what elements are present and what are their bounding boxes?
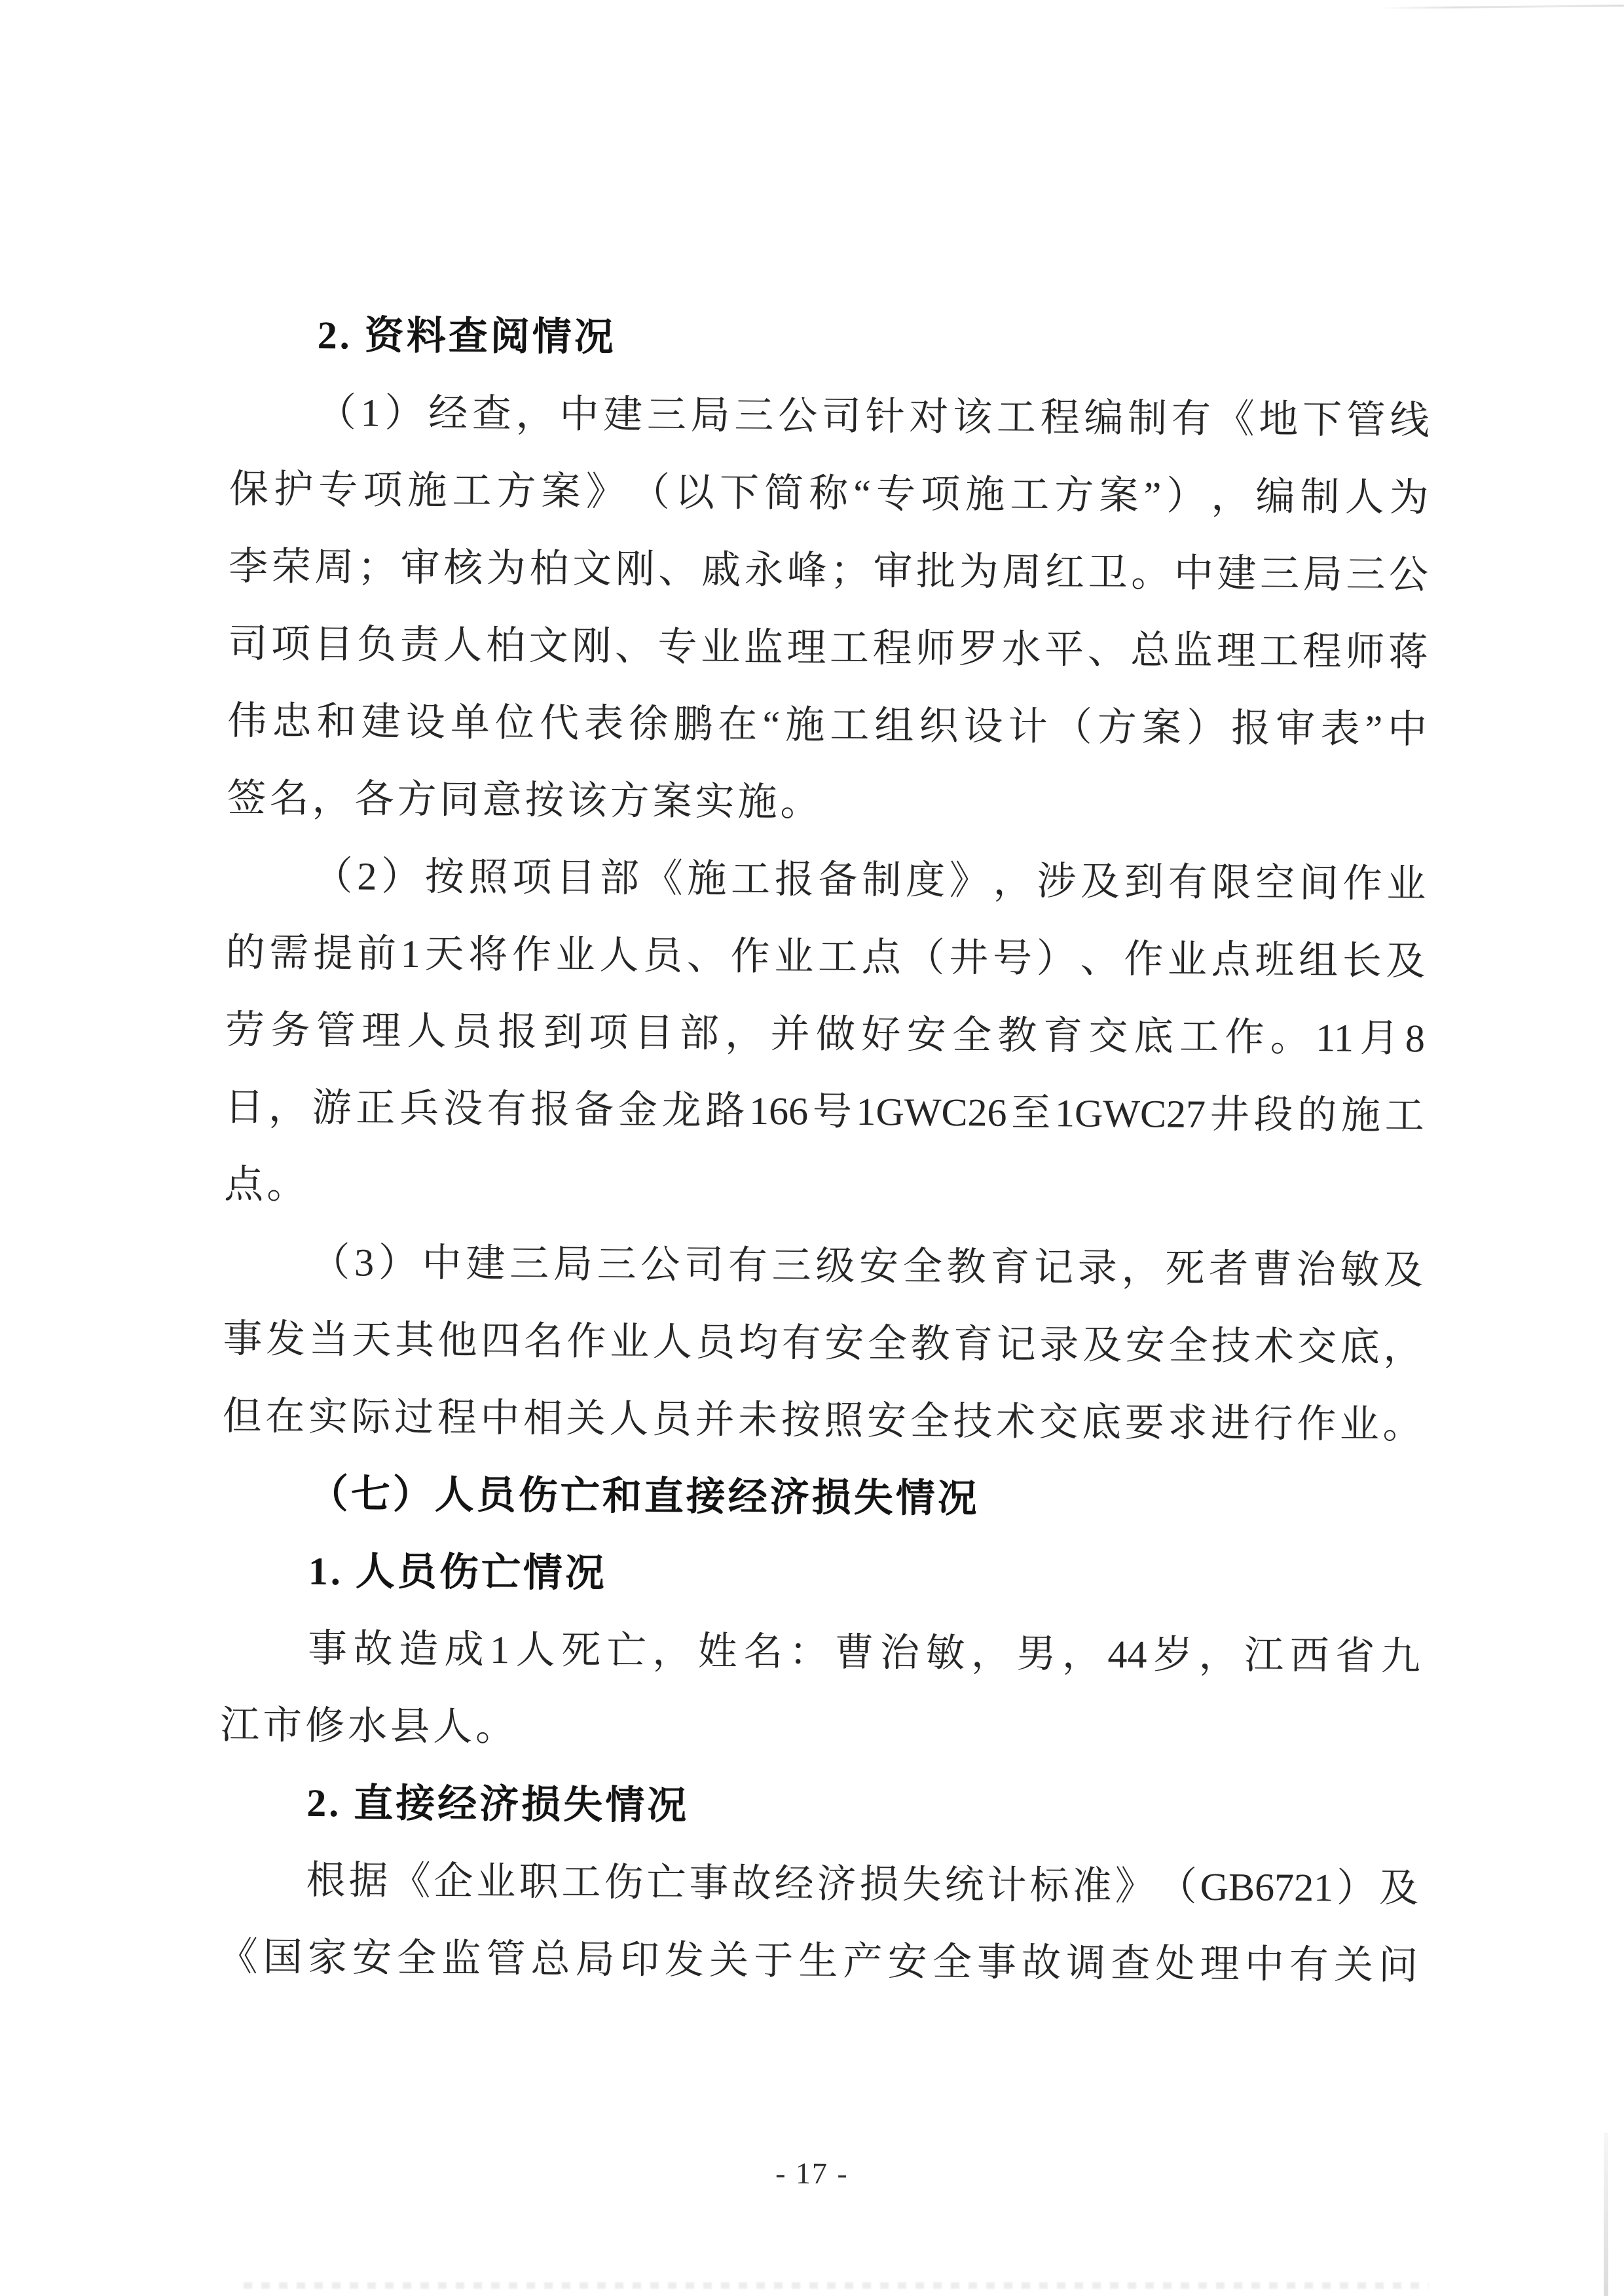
text-token: 有 (487, 1087, 526, 1165)
text-token: 《 (1215, 397, 1255, 475)
text-token: 、 (686, 934, 726, 1011)
text-token: 程 (437, 1396, 477, 1473)
text-token: 相 (523, 1396, 563, 1474)
section-heading: 2. 直接经济损失情况 (219, 1781, 1420, 1867)
text-token: 166 (748, 1089, 808, 1167)
text-token: 荣 (271, 545, 311, 622)
text-token: 男 (1016, 1632, 1056, 1709)
text-token: 安 (866, 1399, 906, 1476)
text-token: 根 (306, 1859, 346, 1936)
text-token: 报 (1231, 706, 1271, 784)
text-line: （3）中建三局三公司有三级安全教育记录，死者曹治敏及 (223, 1240, 1424, 1326)
text-token: 公 (640, 1243, 680, 1321)
text-token: 师 (915, 627, 955, 704)
text-token: 全 (1168, 1324, 1208, 1402)
text-token: 人 (407, 1010, 447, 1087)
text-token: 际 (351, 1395, 391, 1472)
text-token: ） (1336, 1866, 1376, 1943)
text-token: 西 (1289, 1634, 1329, 1711)
text-token: 计 (1008, 705, 1048, 782)
text-line: 但在实际过程中相关人员并未按照安全技术交底要求进行作业。 (222, 1394, 1422, 1480)
text-token: ” (1143, 474, 1162, 551)
text-token: 井 (949, 936, 989, 1013)
text-token: 建 (361, 700, 401, 777)
text-token: 刚 (572, 625, 612, 702)
text-token: 将 (468, 933, 508, 1010)
text-token: 项 (270, 622, 310, 699)
text-token: 限 (1211, 861, 1251, 938)
text-token: 井 (1209, 1093, 1249, 1170)
text-token: 底 (1340, 1325, 1380, 1402)
text-token: 专 (876, 472, 915, 549)
text-token: 。 (1131, 551, 1171, 629)
text-token: ， (993, 860, 1033, 937)
text-token: 点 (1211, 938, 1251, 1015)
text-token: 3 (354, 1241, 374, 1318)
text-token: 至 (1011, 1091, 1051, 1169)
text-token: 工 (1259, 630, 1299, 707)
text-token: 对 (909, 395, 949, 473)
text-token: 以 (674, 471, 714, 548)
text-token: 处 (1155, 1942, 1195, 2019)
text-token: 方 (1097, 706, 1137, 783)
text-token: ； (830, 549, 870, 627)
text-token: 工 (996, 396, 1036, 473)
text-token: 柏 (529, 547, 569, 624)
text-token: 人 (443, 623, 483, 701)
text-token: 罗 (958, 627, 998, 704)
text-token: 为 (959, 550, 999, 627)
text-token: 在 (718, 702, 758, 780)
text-token: 有 (1168, 861, 1208, 938)
text-token: 技 (953, 1400, 993, 1477)
text-token: 龙 (661, 1089, 701, 1166)
text-line: 签名，各方同意按该方案实施。 (227, 776, 1427, 862)
text-token: 伟 (227, 699, 267, 776)
text-token: 1 (490, 1628, 510, 1705)
text-token: 施 (687, 857, 727, 934)
text-token: 作 (1297, 1402, 1337, 1480)
text-token: 底 (1081, 1401, 1121, 1478)
text-token: ； (357, 545, 397, 623)
text-token: 前 (356, 932, 396, 1009)
text-token: 姓 (697, 1630, 737, 1707)
text-token: 当 (308, 1318, 348, 1395)
scan-artifact-right-line (1604, 2133, 1608, 2296)
text-token: 总 (530, 1937, 570, 2014)
text-token: 司 (228, 622, 268, 699)
text-token: 单 (450, 701, 490, 778)
text-token: 方 (496, 469, 536, 547)
text-token: 人 (609, 1397, 649, 1474)
text-token: 段 (1253, 1093, 1293, 1170)
text-token: 统 (944, 1863, 984, 1941)
text-token: 技 (1211, 1324, 1251, 1402)
text-token: 人 (515, 1628, 555, 1705)
text-token: 业 (774, 935, 814, 1012)
text-token: 三 (597, 1243, 637, 1320)
text-token: 过 (394, 1396, 434, 1473)
text-token: 国 (263, 1935, 303, 2013)
text-token: 录 (1077, 1247, 1117, 1324)
text-token: 发 (664, 1939, 704, 2016)
text-token: 号 (812, 1090, 852, 1167)
text-token: 目 (314, 623, 354, 700)
text-token: 柏 (485, 624, 525, 701)
text-line: 点。 (224, 1163, 1424, 1248)
text-token: GB6721 (1200, 1865, 1333, 1943)
text-token: 、 (658, 548, 698, 625)
text-token: 作 (1342, 862, 1382, 939)
text-token: 表 (1320, 707, 1360, 784)
text-token: 峰 (787, 549, 827, 626)
text-token: 企 (434, 1859, 473, 1937)
text-line: 司项目负责人柏文刚、专业监理工程师罗水平、总监理工程师蒋 (228, 622, 1428, 708)
text-token: 治 (1296, 1248, 1336, 1325)
text-token: 理 (1216, 629, 1256, 706)
text-token: 治 (879, 1631, 919, 1708)
text-token: 管 (486, 1937, 526, 2014)
text-token: （ (905, 936, 945, 1013)
text-token: 及 (1379, 1867, 1419, 1944)
text-token: 关 (709, 1939, 748, 2016)
text-token: 业 (1167, 938, 1207, 1015)
text-token: 周 (1002, 551, 1042, 628)
text-token: 天 (424, 932, 464, 1010)
text-token: 到 (1124, 860, 1164, 938)
text-token: 点 (861, 936, 901, 1013)
text-token: 安 (858, 1245, 898, 1322)
text-token: 为 (1389, 476, 1429, 553)
text-token: 故 (731, 1862, 771, 1939)
text-line: 伟忠和建设单位代表徐鹏在“施工组织设计（方案）报审表”中 (227, 699, 1428, 785)
text-token: 按 (781, 1398, 821, 1476)
text-token: 该 (952, 395, 992, 473)
text-token: 故 (1021, 1941, 1061, 2018)
text-token: 永 (744, 549, 784, 626)
text-token: 线 (1390, 399, 1430, 476)
text-token: 监 (441, 1937, 481, 2014)
text-token: 专 (318, 468, 358, 545)
text-token: 、 (614, 625, 654, 702)
text-token: 业 (609, 1320, 649, 1397)
text-token: 级 (815, 1245, 855, 1322)
text-token: 及 (1080, 860, 1120, 938)
text-token: 项 (921, 473, 961, 550)
text-token: 、 (1080, 938, 1120, 1015)
text-token: 理 (361, 1009, 401, 1086)
text-token: 教 (910, 1322, 950, 1400)
text-token: 四 (481, 1319, 521, 1396)
text-token: 局 (575, 1938, 615, 2015)
text-token: 并 (695, 1398, 735, 1475)
text-token: 、 (1087, 629, 1127, 706)
text-token: 度 (906, 859, 946, 936)
text-token: 其 (394, 1319, 434, 1396)
text-token: ， (515, 392, 555, 469)
text-token: ： (788, 1630, 828, 1707)
text-token: 施 (1340, 1093, 1380, 1171)
text-token: 报 (530, 1087, 570, 1165)
text-token: 织 (919, 704, 959, 782)
text-token: 调 (1066, 1941, 1106, 2018)
text-token: 有 (781, 1321, 821, 1398)
text-token: 他 (437, 1319, 477, 1396)
text-token: 工 (452, 469, 492, 546)
text-token: 关 (1333, 1943, 1373, 2020)
text-token: 局 (1302, 553, 1342, 630)
text-token: 人 (652, 1321, 692, 1398)
text-token: 程 (1302, 630, 1342, 707)
text-token: 全 (952, 1013, 992, 1091)
text-token: 1GWC27 (1054, 1091, 1206, 1170)
text-token: 据 (348, 1859, 388, 1936)
text-token: 《 (643, 857, 683, 934)
text-token: 平 (1044, 628, 1084, 705)
text-token: ） (384, 392, 424, 469)
text-token: 称 (809, 471, 849, 549)
text-token: 涉 (1037, 860, 1077, 937)
text-token: 死 (561, 1629, 601, 1706)
text-token: 安 (1125, 1324, 1165, 1401)
text-token: 好 (861, 1013, 901, 1090)
text-token: 为 (486, 547, 526, 624)
text-token: ， (725, 1012, 765, 1089)
text-token: 于 (754, 1939, 794, 2016)
text-token: ） (1166, 474, 1206, 551)
text-token: 交 (1039, 1400, 1079, 1478)
text-token: 录 (1039, 1323, 1079, 1400)
text-token: 建 (603, 393, 643, 470)
text-token: （ (316, 391, 356, 468)
text-token: 日 (224, 1085, 264, 1163)
text-token: 三 (1259, 553, 1299, 630)
text-token: 计 (987, 1864, 1027, 1941)
text-token: 鹏 (673, 702, 713, 780)
text-token: 及 (1082, 1324, 1122, 1401)
text-token: 月 (1359, 1017, 1399, 1094)
text-token: 专 (657, 625, 697, 702)
text-token: 三 (771, 1244, 811, 1321)
text-token: 全 (867, 1322, 907, 1399)
text-token: 司 (821, 395, 861, 472)
text-token: 表 (584, 702, 624, 779)
text-token: 三 (734, 394, 774, 471)
text-token: 施 (407, 469, 447, 546)
text-token: 有 (1289, 1943, 1329, 2020)
text-token: 作 (730, 935, 770, 1012)
text-token: 家 (307, 1936, 347, 2013)
text-token: 文 (572, 547, 612, 625)
text-token: 及 (1386, 939, 1426, 1017)
text-token: 业 (476, 1860, 516, 1937)
text-token: 工 (731, 858, 771, 935)
text-token: 准 (1072, 1864, 1112, 1941)
scanned-document-page: 2. 资料查阅情况（1）经查，中建三局三公司针对该工程编制有《地下管线保护专项施… (0, 0, 1624, 2296)
text-token: 报 (498, 1010, 538, 1087)
text-token: 卫 (1088, 551, 1128, 629)
text-token: 。 (1270, 1016, 1310, 1093)
text-token: 的 (1297, 1093, 1337, 1171)
text-token: 曹 (834, 1631, 874, 1708)
text-token: 红 (1044, 551, 1084, 628)
text-token: 中 (559, 393, 599, 470)
text-token: 》 (1115, 1865, 1154, 1942)
text-token: 亡 (646, 1861, 686, 1939)
text-token: 照 (824, 1399, 864, 1476)
text-token: 劳 (225, 1008, 265, 1085)
text-token: 护 (273, 467, 313, 545)
text-token: 经 (774, 1862, 814, 1939)
section-heading: 2. 资料查阅情况 (230, 313, 1430, 399)
text-token: 岁 (1153, 1633, 1192, 1710)
text-token: 程 (1040, 396, 1080, 473)
text-token: 44 (1107, 1633, 1147, 1710)
text-token: 师 (1345, 630, 1385, 707)
text-token: 部 (599, 856, 639, 934)
text-token: （ (1157, 1865, 1197, 1942)
text-token: 公 (1388, 553, 1428, 630)
text-token: 长 (1342, 939, 1382, 1016)
text-token: 编 (1084, 397, 1124, 474)
text-token: 监 (1173, 629, 1213, 706)
text-token: 的 (225, 931, 265, 1008)
text-token: 作 (1124, 938, 1164, 1015)
text-token: 业 (701, 625, 741, 702)
section-heading: （七）人员伤亡和直接经济损失情况 (221, 1472, 1422, 1558)
text-token: （ (630, 470, 670, 547)
text-token: ， (970, 1631, 1010, 1709)
text-token: 管 (316, 1009, 356, 1086)
text-token: 案 (541, 469, 581, 547)
text-token: ） (381, 855, 421, 932)
text-token: 及 (1383, 1248, 1423, 1326)
text-token: 批 (916, 550, 956, 627)
text-token: 》 (949, 859, 989, 936)
text-token: 三 (509, 1242, 549, 1319)
text-token: 进 (1210, 1402, 1250, 1479)
text-token: ， (652, 1630, 692, 1707)
text-token: 问 (1378, 1944, 1418, 2021)
text-token: 事 (223, 1317, 263, 1394)
text-token: 案 (1141, 706, 1181, 783)
text-token: 施 (965, 473, 1005, 550)
text-token: “ (762, 703, 781, 780)
text-token: 工 (1179, 1015, 1219, 1093)
text-token: 作 (566, 1320, 606, 1397)
text-token: 中 (1173, 552, 1213, 629)
text-token: 项 (512, 856, 552, 933)
text-token: 备 (574, 1088, 614, 1165)
text-token: 案 (1099, 474, 1139, 551)
text-token: 安 (352, 1936, 392, 2013)
text-token: 局 (690, 393, 730, 471)
text-token: 2 (357, 854, 377, 932)
text-token: ， (1211, 475, 1251, 552)
text-token: （ (313, 854, 353, 932)
text-token: 三 (1346, 553, 1386, 630)
text-token: 游 (312, 1086, 352, 1163)
text-token: 故 (353, 1627, 393, 1704)
text-line: 李荣周；审核为柏文刚、戚永峰；审批为周红卫。中建三局三公 (229, 545, 1429, 630)
text-token: 总 (1130, 629, 1170, 706)
text-token: 徐 (629, 702, 669, 779)
text-token: 公 (777, 394, 817, 471)
text-token: 班 (1255, 938, 1295, 1015)
text-token: 审 (873, 549, 913, 627)
text-token: 1 (360, 391, 380, 468)
text-token: 名 (523, 1319, 563, 1396)
text-token: ） (1186, 706, 1226, 784)
text-token: 中 (1244, 1942, 1284, 2020)
text-token: 交 (1088, 1015, 1128, 1092)
text-token: 1GWC26 (856, 1090, 1007, 1169)
text-token: 要 (1124, 1401, 1164, 1478)
text-token: 敏 (1340, 1248, 1380, 1325)
text-line: （2）按照项目部《施工报备制度》，涉及到有限空间作业 (226, 854, 1426, 939)
text-token: 地 (1259, 398, 1299, 475)
text-token: 员 (652, 1398, 692, 1475)
text-token: 死 (1165, 1247, 1205, 1324)
text-token: ， (1061, 1632, 1101, 1709)
text-token: 照 (468, 856, 508, 933)
text-token: 8 (1405, 1017, 1425, 1094)
text-token: 号 (992, 937, 1032, 1014)
text-token: 没 (443, 1087, 483, 1164)
text-token: 针 (865, 395, 905, 472)
text-token: 管 (1346, 398, 1386, 475)
text-line: 《国家安全监管总局印发关于生产安全事故调查处理中有关问 (218, 1935, 1418, 2021)
text-token: 有 (1171, 397, 1211, 475)
section-heading: 1. 人员伤亡情况 (221, 1549, 1421, 1635)
text-token: 间 (1299, 862, 1338, 939)
text-token: 简 (764, 471, 804, 549)
text-token: 员 (452, 1010, 492, 1087)
text-token: 正 (356, 1086, 396, 1163)
text-token: 敏 (925, 1631, 965, 1709)
text-token: 未 (738, 1398, 778, 1476)
text-token: 责 (399, 623, 439, 701)
text-token: 监 (743, 626, 783, 703)
text-token: 记 (996, 1323, 1036, 1400)
text-token: 工 (817, 936, 857, 1013)
text-token: 和 (316, 700, 356, 777)
text-token: 代 (539, 701, 579, 778)
text-line: 江市修水县人。 (220, 1704, 1420, 1789)
text-token: 审 (400, 546, 440, 623)
text-token: 下 (1302, 398, 1342, 475)
text-token: 工 (1010, 473, 1050, 551)
text-token: 术 (995, 1400, 1035, 1478)
text-token: 曹 (1252, 1247, 1292, 1324)
text-token: 全 (902, 1245, 942, 1322)
text-token: 省 (1335, 1634, 1375, 1711)
text-token: 经 (428, 392, 468, 469)
text-token: 三 (646, 393, 686, 471)
text-token: 中 (422, 1241, 462, 1319)
text-token: 司 (684, 1243, 724, 1321)
text-token: 查 (1111, 1942, 1151, 2019)
text-token: 交 (1297, 1325, 1337, 1402)
text-token: 备 (818, 858, 858, 936)
text-token: 全 (397, 1937, 437, 2014)
text-token: 工 (1384, 1094, 1424, 1171)
text-token: 编 (1255, 475, 1295, 552)
page-number: - 17 - (0, 2153, 1624, 2194)
text-token: 理 (1200, 1942, 1240, 2020)
text-token: 理 (786, 626, 826, 703)
text-token: 方 (1054, 473, 1094, 551)
